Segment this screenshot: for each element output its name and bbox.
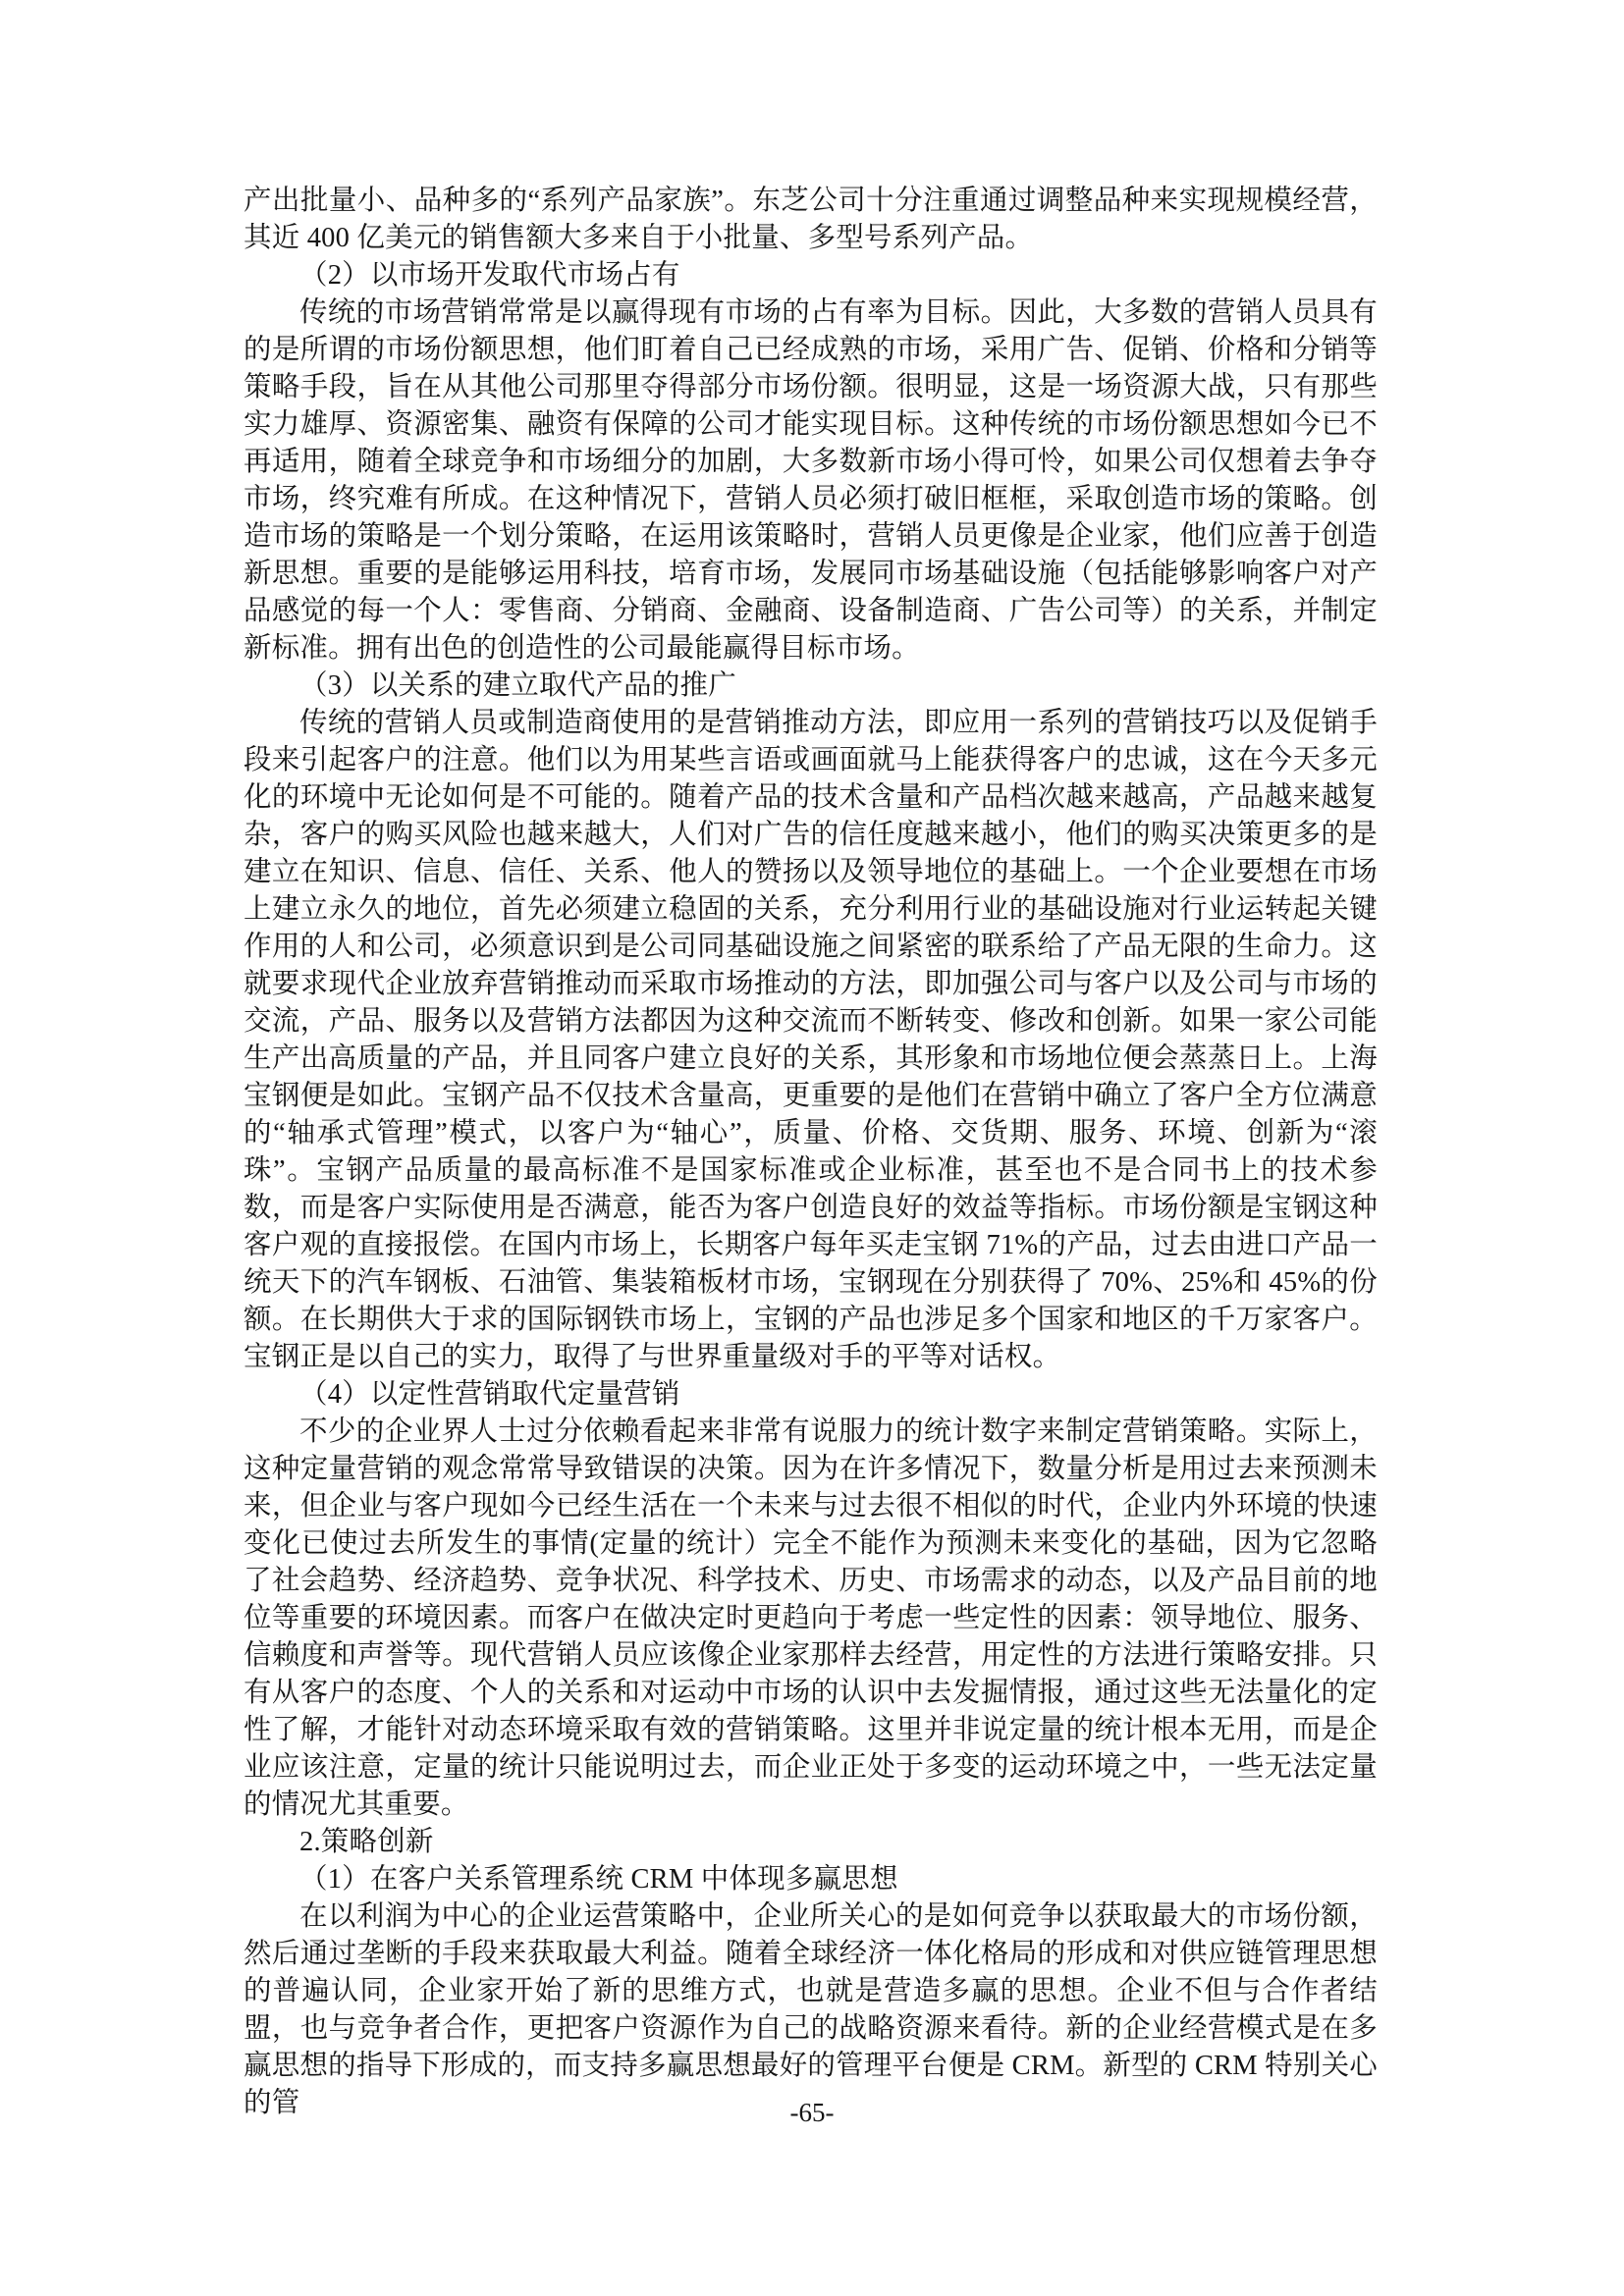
section-heading: （1）在客户关系管理系统 CRM 中体现多赢思想: [244, 1861, 1378, 1898]
body-paragraph: 传统的市场营销常常是以赢得现有市场的占有率为目标。因此，大多数的营销人员具有的是…: [244, 294, 1378, 667]
page-number: -65-: [0, 2097, 1624, 2128]
body-paragraph: 不少的企业界人士过分依赖看起来非常有说服力的统计数字来制定营销策略。实际上，这种…: [244, 1414, 1378, 1824]
body-paragraph: 产出批量小、品种多的“系列产品家族”。东芝公司十分注重通过调整品种来实现规模经营…: [244, 183, 1378, 257]
section-heading: （3）以关系的建立取代产品的推广: [244, 667, 1378, 705]
section-heading: （4）以定性营销取代定量营销: [244, 1376, 1378, 1414]
body-paragraph: 传统的营销人员或制造商使用的是营销推动方法，即应用一系列的营销技巧以及促销手段来…: [244, 705, 1378, 1376]
text-content: 产出批量小、品种多的“系列产品家族”。东芝公司十分注重通过调整品种来实现规模经营…: [244, 183, 1378, 2122]
body-paragraph: 在以利润为中心的企业运营策略中，企业所关心的是如何竞争以获取最大的市场份额，然后…: [244, 1898, 1378, 2122]
section-heading: （2）以市场开发取代市场占有: [244, 257, 1378, 294]
section-heading: 2.策略创新: [244, 1824, 1378, 1861]
document-page: 产出批量小、品种多的“系列产品家族”。东芝公司十分注重通过调整品种来实现规模经营…: [0, 0, 1624, 2296]
